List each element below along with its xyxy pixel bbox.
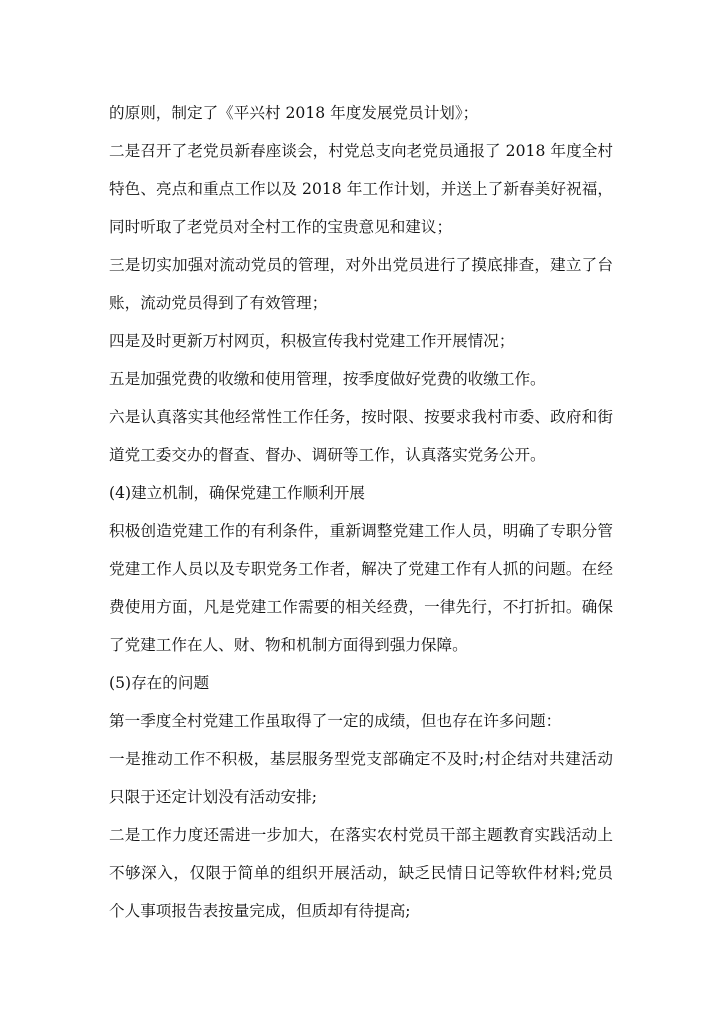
document-page: 的原则，制定了《平兴村 2018 年度发展党员计划》； 二是召开了老党员新春座谈… <box>109 94 613 930</box>
section-heading-5: (5)存在的问题 <box>109 664 613 702</box>
paragraph-item-four: 四是及时更新万村网页，积极宣传我村党建工作开展情况； <box>109 322 613 360</box>
paragraph-item-two: 二是召开了老党员新春座谈会，村党总支向老党员通报了 2018 年度全村特色、亮点… <box>109 132 613 246</box>
paragraph-problem-two: 二是工作力度还需进一步加大，在落实农村党员干部主题教育实践活动上不够深入，仅限于… <box>109 816 613 930</box>
section-heading-4: (4)建立机制，确保党建工作顺利开展 <box>109 474 613 512</box>
paragraph-problem-one: 一是推动工作不积极，基层服务型党支部确定不及时;村企结对共建活动只限于还定计划没… <box>109 740 613 816</box>
paragraph-item-three: 三是切实加强对流动党员的管理，对外出党员进行了摸底排查，建立了台账，流动党员得到… <box>109 246 613 322</box>
paragraph-mechanism: 积极创造党建工作的有利条件，重新调整党建工作人员，明确了专职分管党建工作人员以及… <box>109 512 613 664</box>
paragraph-item-five: 五是加强党费的收缴和使用管理，按季度做好党费的收缴工作。 <box>109 360 613 398</box>
paragraph-item-six: 六是认真落实其他经常性工作任务，按时限、按要求我村市委、政府和街道党工委交办的督… <box>109 398 613 474</box>
paragraph-problems-intro: 第一季度全村党建工作虽取得了一定的成绩，但也存在许多问题： <box>109 702 613 740</box>
paragraph-party-plan-end: 的原则，制定了《平兴村 2018 年度发展党员计划》； <box>109 94 613 132</box>
